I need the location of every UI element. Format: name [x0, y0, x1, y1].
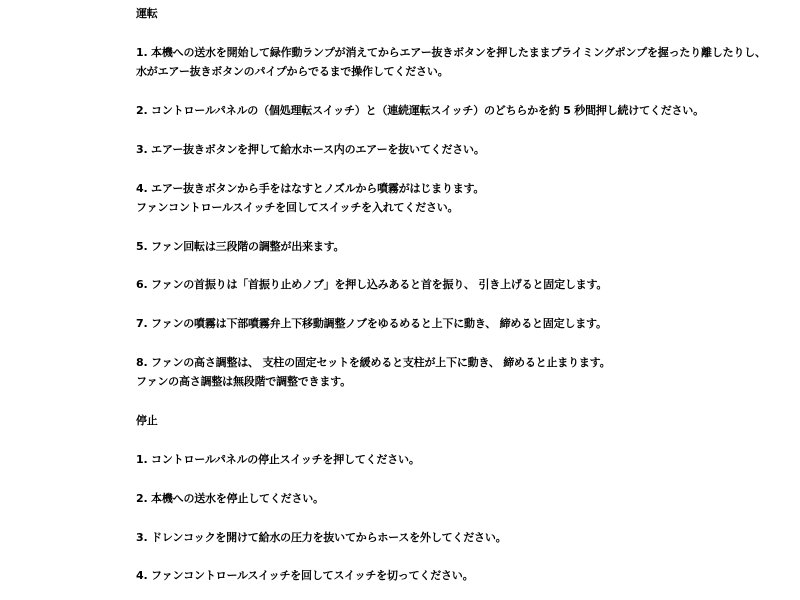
step-text: 2. 本機への送水を停止してください。: [136, 489, 786, 508]
stop-step-2: 2. 本機への送水を停止してください。: [136, 489, 786, 508]
spacer: [136, 334, 786, 353]
step-text: 6. ファンの首振りは「首振り止めノブ」を押し込みあると首を振り、 引き上げると…: [136, 275, 786, 294]
step-text: 2. コントロールパネルの（個処理転スイッチ）と（連続運転スイッチ）のどちらかを…: [136, 101, 786, 120]
step-text: 3. エアー抜きボタンを押して給水ホース内のエアーを抜いてください。: [136, 140, 786, 159]
operation-step-6: 6. ファンの首振りは「首振り止めノブ」を押し込みあると首を振り、 引き上げると…: [136, 275, 786, 294]
step-text: 1. コントロールパネルの停止スイッチを押してください。: [136, 450, 786, 469]
step-text: ファンコントロールスイッチを回してスイッチを入れてください。: [136, 198, 786, 217]
spacer: [136, 392, 786, 411]
operation-step-2: 2. コントロールパネルの（個処理転スイッチ）と（連続運転スイッチ）のどちらかを…: [136, 101, 786, 120]
operation-step-4: 4. エアー抜きボタンから手をはなすとノズルから噴霧がはじまります。 ファンコン…: [136, 179, 786, 218]
spacer: [136, 547, 786, 566]
spacer: [136, 82, 786, 101]
operation-step-8: 8. ファンの高さ調整は、 支柱の固定セットを緩めると支柱が上下に動き、 締める…: [136, 353, 786, 392]
section-operation: 運転 1. 本機への送水を開始して緑作動ランプが消えてからエアー抜きボタンを押し…: [136, 4, 786, 411]
step-text: 1. 本機への送水を開始して緑作動ランプが消えてからエアー抜きボタンを押したまま…: [136, 43, 786, 62]
step-text: ファンの高さ調整は無段階で調整できます。: [136, 372, 786, 391]
stop-step-1: 1. コントロールパネルの停止スイッチを押してください。: [136, 450, 786, 469]
operation-step-3: 3. エアー抜きボタンを押して給水ホース内のエアーを抜いてください。: [136, 140, 786, 159]
stop-step-4: 4. ファンコントロールスイッチを回してスイッチを切ってください。: [136, 566, 786, 585]
spacer: [136, 217, 786, 236]
step-text: 4. ファンコントロールスイッチを回してスイッチを切ってください。: [136, 566, 786, 585]
step-text: 8. ファンの高さ調整は、 支柱の固定セットを緩めると支柱が上下に動き、 締める…: [136, 353, 786, 372]
spacer: [136, 508, 786, 527]
spacer: [136, 256, 786, 275]
section-heading-operation: 運転: [136, 4, 786, 23]
instruction-document: 運転 1. 本機への送水を開始して緑作動ランプが消えてからエアー抜きボタンを押し…: [136, 4, 786, 586]
operation-step-1: 1. 本機への送水を開始して緑作動ランプが消えてからエアー抜きボタンを押したまま…: [136, 43, 786, 82]
stop-step-3: 3. ドレンコックを開けて給水の圧力を抜いてからホースを外してください。: [136, 528, 786, 547]
spacer: [136, 469, 786, 488]
spacer: [136, 295, 786, 314]
operation-step-5: 5. ファン回転は三段階の調整が出来ます。: [136, 237, 786, 256]
section-stop: 停止 1. コントロールパネルの停止スイッチを押してください。 2. 本機への送…: [136, 411, 786, 586]
step-text: 4. エアー抜きボタンから手をはなすとノズルから噴霧がはじまります。: [136, 179, 786, 198]
step-text: 3. ドレンコックを開けて給水の圧力を抜いてからホースを外してください。: [136, 528, 786, 547]
spacer: [136, 159, 786, 178]
step-text: 水がエアー抜きボタンのパイプからでるまで操作してください。: [136, 62, 786, 81]
operation-step-7: 7. ファンの噴霧は下部噴霧弁上下移動調整ノブをゆるめると上下に動き、 締めると…: [136, 314, 786, 333]
spacer: [136, 120, 786, 139]
step-text: 7. ファンの噴霧は下部噴霧弁上下移動調整ノブをゆるめると上下に動き、 締めると…: [136, 314, 786, 333]
spacer: [136, 431, 786, 450]
spacer: [136, 23, 786, 42]
step-text: 5. ファン回転は三段階の調整が出来ます。: [136, 237, 786, 256]
section-heading-stop: 停止: [136, 411, 786, 430]
